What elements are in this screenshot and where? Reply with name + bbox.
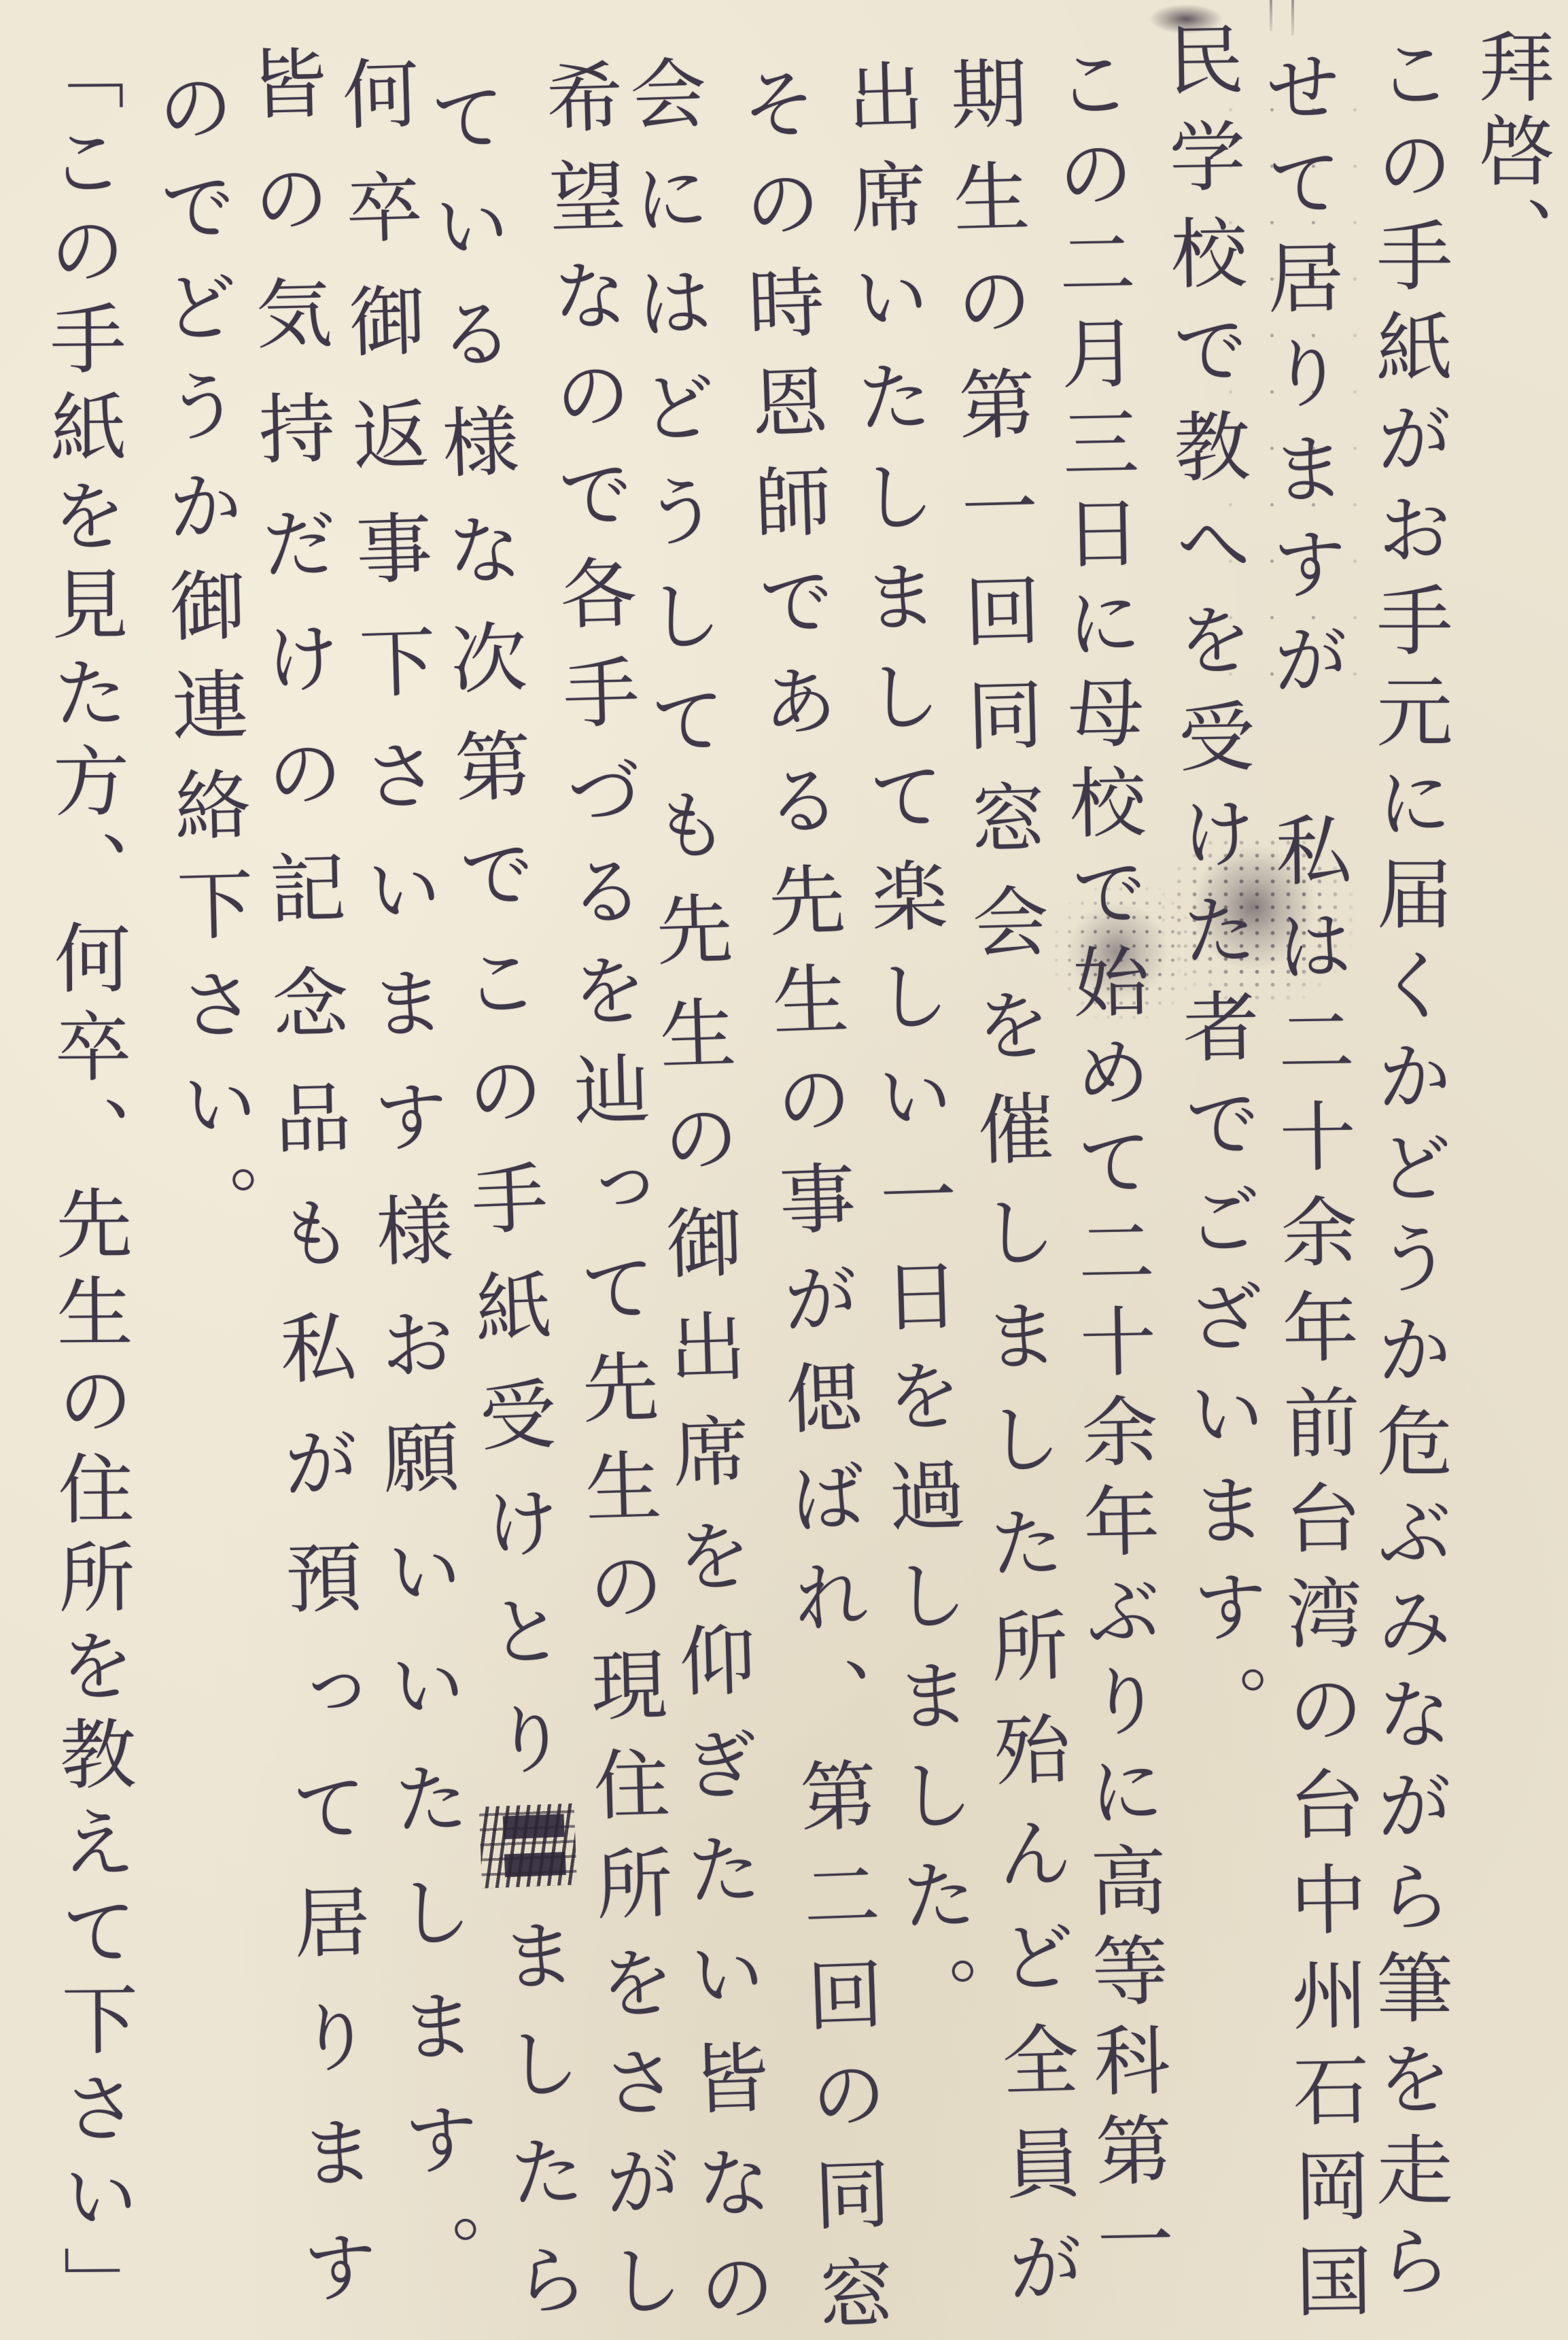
letter-postscript-quote: 「この手紙を見た方、何卒、先生の住所を教えて下さい」	[37, 34, 137, 2322]
letter-column: この手紙がお手元に届くかどうか危ぶみながら筆を走ら	[1366, 34, 1450, 2298]
letter-column: せて居りますが 私は二十余年前台湾の台中州石岡国	[1254, 47, 1370, 2318]
faint-ink-stroke	[1270, 0, 1272, 31]
column-text-segment: ましたら	[485, 1882, 590, 2318]
faint-ink-stroke	[1291, 0, 1294, 35]
letter-column: 民学校で教へを受けた者でございます。	[1157, 20, 1268, 1741]
paper-background: 拜啓、 この手紙がお手元に届くかどうか危ぶみながら筆を走ら せて居りますが 私は…	[0, 0, 1568, 2340]
crossed-out-character: 〓	[485, 1806, 572, 1886]
letter-salutation: 拜啓、	[1468, 27, 1552, 272]
